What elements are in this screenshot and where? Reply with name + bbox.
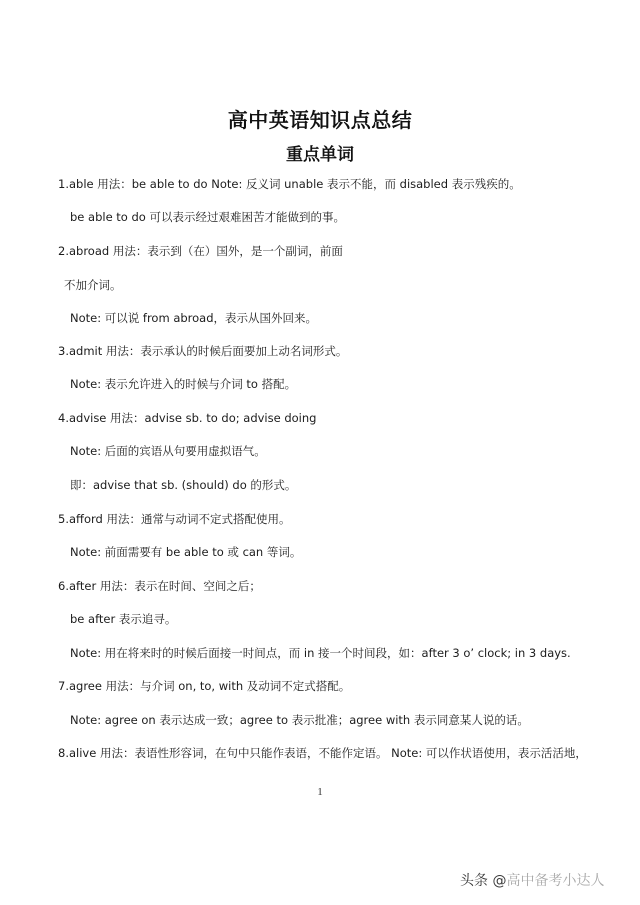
vocab-entry: 4.advise 用法：advise sb. to do; advise doi… [58, 410, 316, 426]
vocab-entry: 1.able 用法：be able to do Note: 反义词 unable… [58, 176, 521, 192]
watermark-prefix: 头条 @ [460, 873, 506, 889]
section-heading: 重点单词 [0, 140, 640, 165]
vocab-entry: 8.alive 用法：表语性形容词，在句中只能作表语，不能作定语。 Note: … [58, 745, 587, 761]
vocab-note: be able to do 可以表示经过艰难困苦才能做到的事。 [70, 209, 345, 225]
vocab-entry: 3.admit 用法：表示承认的时候后面要加上动名词形式。 [58, 343, 347, 359]
vocab-note: Note: 可以说 from abroad，表示从国外回来。 [70, 310, 317, 326]
vocab-note: Note: agree on 表示达成一致；agree to 表示批准；agre… [70, 712, 529, 728]
vocab-note: 即：advise that sb. (should) do 的形式。 [70, 477, 296, 493]
watermark-handle: 高中备考小达人 [506, 873, 604, 889]
document-page: 高中英语知识点总结 重点单词 1.able 用法：be able to do N… [0, 0, 640, 905]
watermark: 头条 @高中备考小达人 [460, 870, 604, 890]
vocab-note: Note: 后面的宾语从句要用虚拟语气。 [70, 443, 266, 459]
page-number: 1 [0, 786, 640, 798]
vocab-entry: 2.abroad 用法：表示到（在）国外，是一个副词，前面 [58, 243, 343, 259]
vocab-note: 不加介词。 [64, 277, 122, 293]
vocab-entry: 6.after 用法：表示在时间、空间之后； [58, 578, 261, 594]
vocab-note: Note: 前面需要有 be able to 或 can 等词。 [70, 544, 301, 560]
vocab-note: be after 表示追寻。 [70, 611, 176, 627]
vocab-entry: 5.afford 用法：通常与动词不定式搭配使用。 [58, 511, 290, 527]
vocab-note: Note: 表示允许进入的时候与介词 to 搭配。 [70, 376, 296, 392]
page-title: 高中英语知识点总结 [0, 104, 640, 133]
vocab-entry: 7.agree 用法：与介词 on, to, with 及动词不定式搭配。 [58, 678, 350, 694]
vocab-note: Note: 用在将来时的时候后面接一时间点，而 in 接一个时间段，如：afte… [70, 645, 571, 661]
